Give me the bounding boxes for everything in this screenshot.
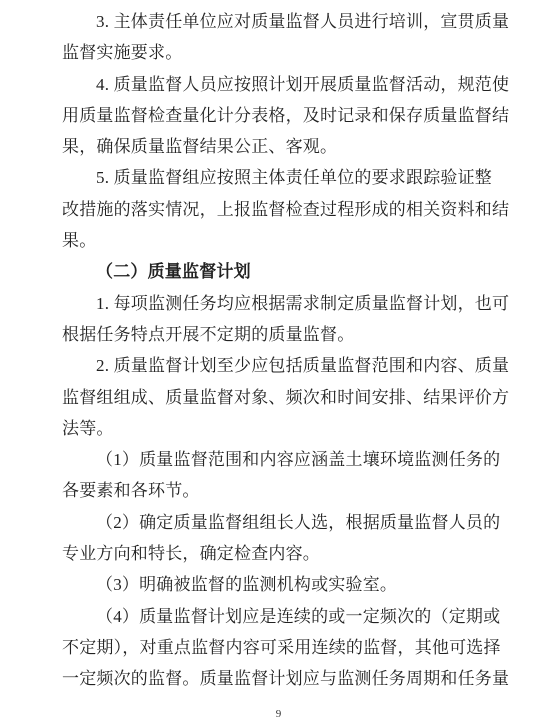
section-heading: （二）质量监督计划	[62, 256, 486, 287]
text-line: 改措施的落实情况，上报监督检查过程形成的相关资料和结	[62, 194, 486, 225]
text-line: 3. 主体责任单位应对质量监督人员进行培训，宣贯质量	[62, 6, 486, 37]
text-line: 2. 质量监督计划至少应包括质量监督范围和内容、质量	[62, 350, 486, 381]
text-line: 监督实施要求。	[62, 37, 486, 68]
text-line: 5. 质量监督组应按照主体责任单位的要求跟踪验证整	[62, 162, 486, 193]
text-line: 根据任务特点开展不定期的质量监督。	[62, 319, 486, 350]
text-line: （1）质量监督范围和内容应涵盖土壤环境监测任务的	[62, 444, 486, 475]
document-page: 3. 主体责任单位应对质量监督人员进行培训，宣贯质量 监督实施要求。 4. 质量…	[0, 0, 557, 727]
text-line: 各要素和各环节。	[62, 475, 486, 506]
page-number: 9	[0, 708, 557, 720]
text-line: 用质量监督检查量化计分表格，及时记录和保存质量监督结	[62, 100, 486, 131]
text-line: 监督组组成、质量监督对象、频次和时间安排、结果评价方	[62, 382, 486, 413]
text-line: 1. 每项监测任务均应根据需求制定质量监督计划，也可	[62, 288, 486, 319]
text-line: 4. 质量监督人员应按照计划开展质量监督活动，规范使	[62, 69, 486, 100]
text-line: 不定期），对重点监督内容可采用连续的监督，其他可选择	[62, 632, 486, 663]
text-line: 果。	[62, 225, 486, 256]
text-line: （3）明确被监督的监测机构或实验室。	[62, 569, 486, 600]
document-body: 3. 主体责任单位应对质量监督人员进行培训，宣贯质量 监督实施要求。 4. 质量…	[62, 6, 486, 695]
text-line: 专业方向和特长，确定检查内容。	[62, 538, 486, 569]
text-line: 果，确保质量监督结果公正、客观。	[62, 131, 486, 162]
text-line: （2）确定质量监督组组长人选，根据质量监督人员的	[62, 507, 486, 538]
text-line: （4）质量监督计划应是连续的或一定频次的（定期或	[62, 601, 486, 632]
text-line: 法等。	[62, 413, 486, 444]
text-line: 一定频次的监督。质量监督计划应与监测任务周期和任务量	[62, 663, 486, 694]
